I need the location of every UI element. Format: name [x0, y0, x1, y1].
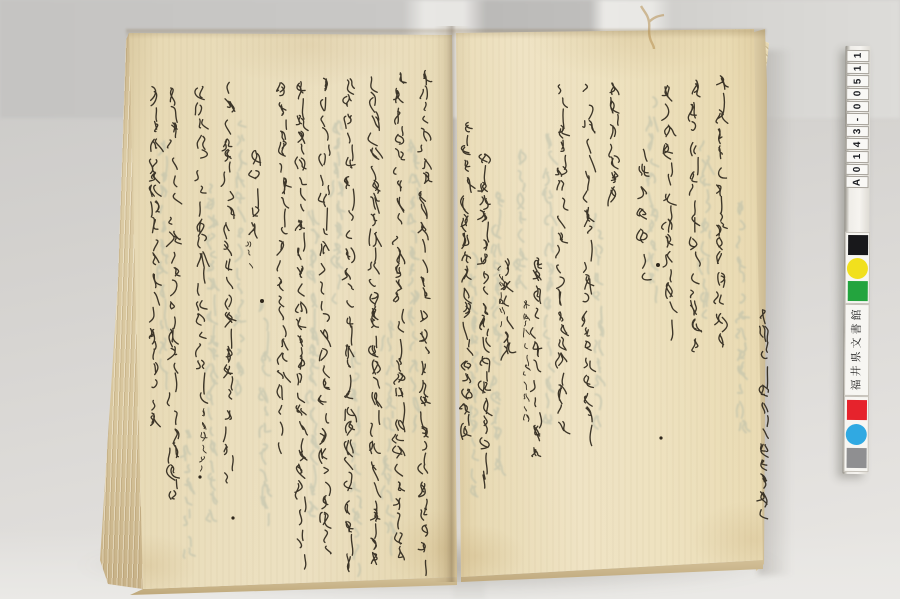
- color-patch-strip-bottom: [844, 396, 870, 472]
- institution-char: 書: [850, 323, 864, 334]
- ruler-id-char-box: 5: [846, 75, 869, 87]
- ruler-id-char-box: 3: [846, 126, 869, 138]
- book-gutter: [434, 26, 472, 582]
- institution-char: 福: [850, 379, 864, 390]
- color-patch-strip-top: [845, 232, 871, 304]
- ruler-id-char: 0: [852, 167, 863, 173]
- institution-char: 県: [850, 351, 864, 362]
- page-right: [450, 22, 772, 584]
- ruler-id-char-box: 1: [846, 50, 869, 62]
- color-scale-ruler: 11500-3410A 館書文県井福: [843, 46, 871, 474]
- color-patch-red-square: [846, 400, 866, 420]
- ruler-institution-label: 館書文県井福: [844, 304, 870, 396]
- ruler-id-char: 0: [852, 91, 863, 97]
- ruler-id-char-box: 1: [846, 63, 869, 75]
- page-left: [120, 28, 465, 594]
- color-patch-green-square: [847, 281, 867, 301]
- color-patch-gray-square: [846, 448, 866, 468]
- archive-photograph: 11500-3410A 館書文県井福: [0, 0, 900, 599]
- ruler-id-char: 4: [852, 141, 863, 147]
- ruler-id-char: A: [852, 179, 863, 186]
- ruler-id-char: 3: [852, 129, 863, 135]
- ruler-id-char-box: 0: [846, 164, 869, 176]
- ruler-id-char: 0: [852, 104, 863, 110]
- color-patch-yellow-circle: [847, 257, 868, 278]
- ruler-id-char: 1: [852, 66, 863, 72]
- ruler-id-char-box: 4: [846, 138, 869, 150]
- ruler-id-char: -: [852, 117, 863, 120]
- color-patch-blue-circle: [846, 423, 867, 444]
- ruler-id-char-box: A: [846, 176, 869, 188]
- ruler-id-char-box: 1: [846, 151, 869, 163]
- ruler-id-char: 1: [852, 154, 863, 160]
- ruler-id-char-box: 0: [846, 100, 869, 112]
- institution-char: 館: [850, 309, 864, 320]
- ruler-id-char-box: 0: [846, 88, 869, 100]
- ruler-id-char: 1: [852, 53, 863, 59]
- institution-char: 文: [850, 337, 864, 348]
- color-patch-black-square: [848, 235, 868, 255]
- ruler-id-char: 5: [852, 78, 863, 84]
- institution-char: 井: [850, 365, 864, 376]
- ruler-reference-id: 11500-3410A: [846, 50, 870, 188]
- ruler-id-char-box: -: [846, 113, 869, 125]
